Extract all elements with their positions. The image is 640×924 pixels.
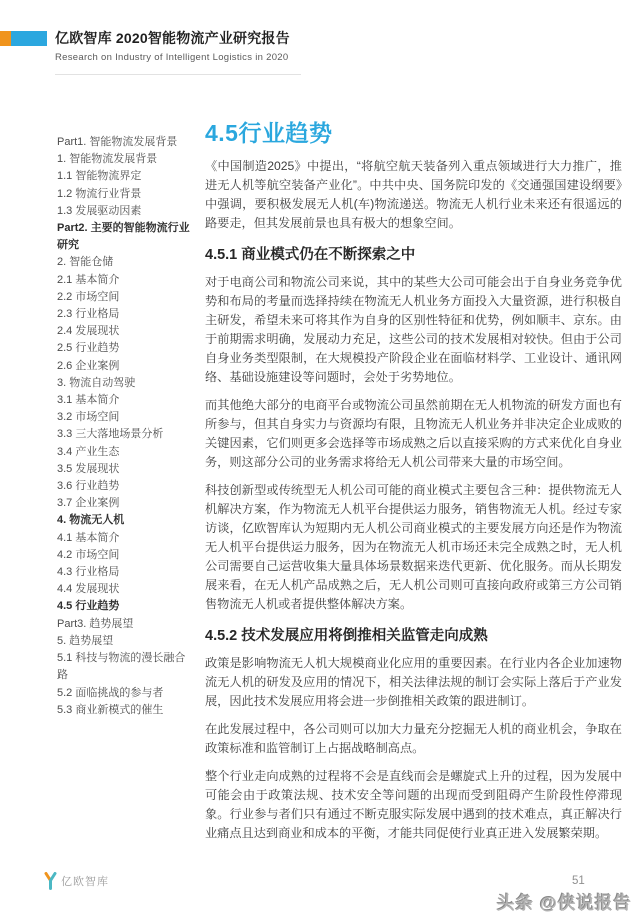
subsection-452-body: 政策是影响物流无人机大规模商业化应用的重要因素。在行业内各企业加速物流无人机的研… [205, 654, 622, 843]
main-content: 4.5行业趋势 《中国制造2025》中提出，“将航空航天装备列入重点领域进行大力… [205, 120, 622, 843]
table-of-contents: Part1. 智能物流发展背景 1. 智能物流发展背景 1.1 智能物流界定 1… [57, 134, 193, 719]
body-paragraph: 整个行业走向成熟的过程将不会是直线而会是螺旋式上升的过程，因为发展中可能会由于政… [205, 767, 622, 843]
toc-item: 1. 智能物流发展背景 [57, 151, 193, 168]
toc-item: 2.6 企业案例 [57, 358, 193, 375]
toc-item: 4.4 发展现状 [57, 581, 193, 598]
toc-item: 5.1 科技与物流的漫长融合路 [57, 650, 193, 684]
toc-item: 2.2 市场空间 [57, 289, 193, 306]
toc-item: 3.6 行业趋势 [57, 478, 193, 495]
brand-orange-block [0, 31, 11, 46]
body-paragraph: 对于电商公司和物流公司来说，其中的某些大公司可能会出于自身业务竞争优势和布局的考… [205, 273, 622, 387]
toc-item: Part3. 趋势展望 [57, 616, 193, 633]
toc-item: 4.1 基本简介 [57, 530, 193, 547]
toc-item: 1.3 发展驱动因素 [57, 203, 193, 220]
report-title: 亿欧智库 2020智能物流产业研究报告 [55, 28, 290, 48]
report-subtitle: Research on Industry of Intelligent Logi… [55, 52, 288, 63]
toc-item: Part1. 智能物流发展背景 [57, 134, 193, 151]
header-divider [55, 74, 301, 75]
subsection-heading-452: 4.5.2 技术发展应用将倒推相关监管走向成熟 [205, 627, 622, 645]
toc-item: 3.3 三大落地场景分析 [57, 426, 193, 443]
toc-item: 5.2 面临挑战的参与者 [57, 685, 193, 702]
footer-logo-text: 亿欧智库 [61, 873, 109, 889]
section-title: 4.5行业趋势 [205, 120, 622, 146]
toc-item: 2.1 基本简介 [57, 272, 193, 289]
body-paragraph: 在此发展过程中，各公司则可以加大力量充分挖掘无人机的商业机会，争取在政策标准和监… [205, 720, 622, 758]
toc-item: 5. 趋势展望 [57, 633, 193, 650]
toc-item: 5.3 商业新模式的催生 [57, 702, 193, 719]
body-paragraph: 而其他绝大部分的电商平台或物流公司虽然前期在无人机物流的研发方面也有所参与，但其… [205, 396, 622, 472]
eo-y-mark-icon [44, 872, 57, 890]
subsection-451-body: 对于电商公司和物流公司来说，其中的某些大公司可能会出于自身业务竞争优势和布局的考… [205, 273, 622, 614]
toc-item: 3.7 企业案例 [57, 495, 193, 512]
watermark: 头条 @侠说报告 [497, 890, 632, 915]
toc-item: 3. 物流自动驾驶 [57, 375, 193, 392]
toc-item: 2. 智能仓储 [57, 254, 193, 271]
toc-item: 4.3 行业格局 [57, 564, 193, 581]
brand-mark [0, 31, 47, 46]
body-paragraph: 科技创新型或传统型无人机公司可能的商业模式主要包含三种：提供物流无人机解决方案，… [205, 481, 622, 614]
toc-item: 1.1 智能物流界定 [57, 168, 193, 185]
toc-item: 3.1 基本简介 [57, 392, 193, 409]
toc-item: 4.5 行业趋势 [57, 598, 193, 615]
toc-item: 4.2 市场空间 [57, 547, 193, 564]
toc-item: 3.4 产业生态 [57, 444, 193, 461]
toc-item: 2.5 行业趋势 [57, 340, 193, 357]
toc-item: 2.4 发展现状 [57, 323, 193, 340]
page-number: 51 [572, 875, 585, 887]
body-paragraph: 政策是影响物流无人机大规模商业化应用的重要因素。在行业内各企业加速物流无人机的研… [205, 654, 622, 711]
toc-item: Part2. 主要的智能物流行业研究 [57, 220, 193, 254]
toc-item: 3.2 市场空间 [57, 409, 193, 426]
subsection-heading-451: 4.5.1 商业模式仍在不断探索之中 [205, 246, 622, 264]
toc-item: 4. 物流无人机 [57, 512, 193, 529]
toc-item: 3.5 发展现状 [57, 461, 193, 478]
brand-blue-block [11, 31, 47, 46]
footer-logo: 亿欧智库 [44, 872, 109, 890]
intro-paragraph: 《中国制造2025》中提出，“将航空航天装备列入重点领域进行大力推广，推进无人机… [205, 157, 622, 233]
toc-item: 2.3 行业格局 [57, 306, 193, 323]
toc-item: 1.2 物流行业背景 [57, 186, 193, 203]
